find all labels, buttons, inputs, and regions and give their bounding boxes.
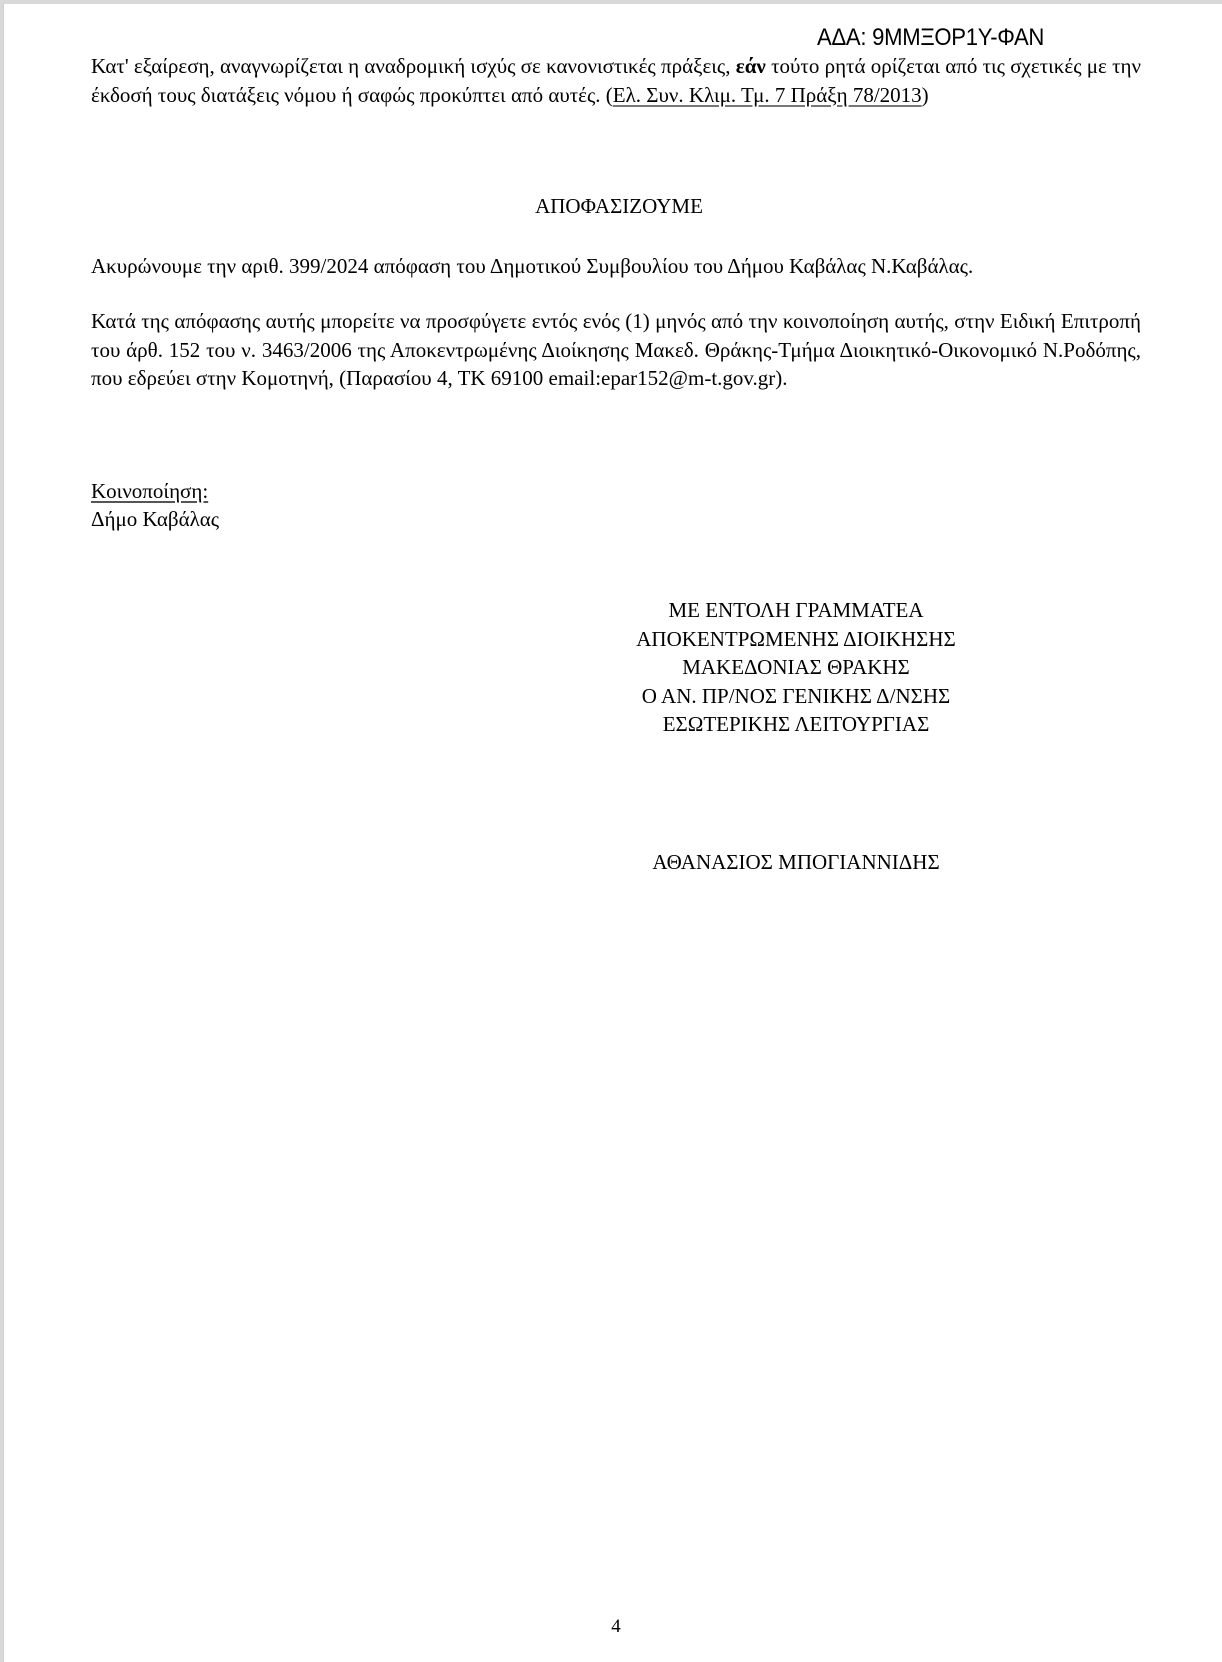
citation-reference: Ελ. Συν. Κλιμ. Τμ. 7 Πράξη 78/2013	[613, 83, 922, 107]
retroactivity-paragraph: Κατ' εξαίρεση, αναγνωρίζεται η αναδρομικ…	[91, 52, 1141, 109]
annulment-paragraph: Ακυρώνουμε την αριθ. 399/2024 απόφαση το…	[91, 252, 1141, 281]
ada-code: ΑΔΑ: 9ΜΜΞΟΡ1Υ-ΦΑΝ	[817, 24, 1044, 52]
signature-line: ΜΕ ΕΝΤΟΛΗ ΓΡΑΜΜΑΤΕΑ	[586, 596, 1006, 625]
signature-line: ΜΑΚΕΔΟΝΙΑΣ ΘΡΑΚΗΣ	[586, 653, 1006, 682]
bold-word: εάν	[736, 54, 766, 78]
decision-heading: ΑΠΟΦΑΣΙΖΟΥΜΕ	[4, 194, 1222, 219]
signatory-name: ΑΘΑΝΑΣΙΟΣ ΜΠΟΓΙΑΝΝΙΔΗΣ	[586, 850, 1006, 875]
notification-recipient: Δήμο Καβάλας	[91, 507, 219, 532]
paragraph-text: Κατ' εξαίρεση, αναγνωρίζεται η αναδρομικ…	[91, 54, 736, 78]
signature-block: ΜΕ ΕΝΤΟΛΗ ΓΡΑΜΜΑΤΕΑ ΑΠΟΚΕΝΤΡΩΜΕΝΗΣ ΔΙΟΙΚ…	[586, 596, 1006, 739]
page-number: 4	[601, 1616, 631, 1638]
signature-line: Ο ΑΝ. ΠΡ/ΝΟΣ ΓΕΝΙΚΗΣ Δ/ΝΣΗΣ	[586, 682, 1006, 711]
appeal-paragraph: Κατά της απόφασης αυτής μπορείτε να προσ…	[91, 307, 1141, 393]
document-page: ΑΔΑ: 9ΜΜΞΟΡ1Υ-ΦΑΝ Κατ' εξαίρεση, αναγνωρ…	[3, 4, 1222, 1662]
signature-line: ΑΠΟΚΕΝΤΡΩΜΕΝΗΣ ΔΙΟΙΚΗΣΗΣ	[586, 625, 1006, 654]
citation-close: )	[922, 83, 929, 107]
notification-label: Κοινοποίηση:	[91, 479, 208, 504]
signature-line: ΕΣΩΤΕΡΙΚΗΣ ΛΕΙΤΟΥΡΓΙΑΣ	[586, 710, 1006, 739]
